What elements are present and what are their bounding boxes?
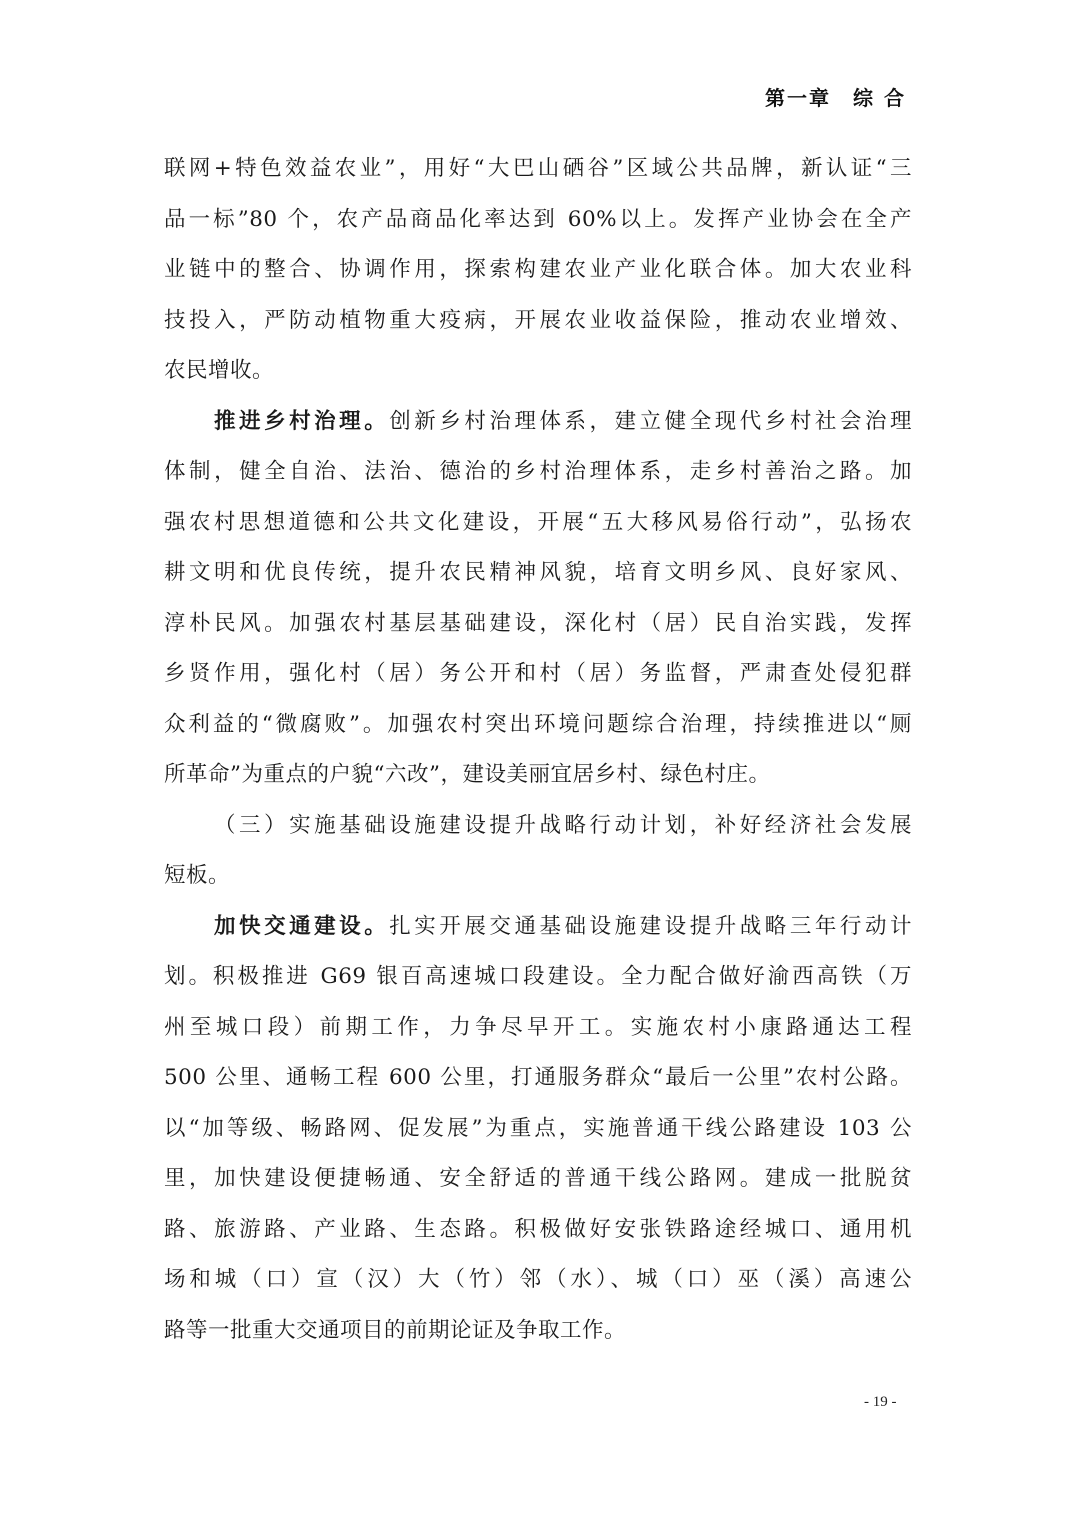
text-line: 推进乡村治理。创新乡村治理体系，建立健全现代乡村社会治理 bbox=[164, 397, 912, 448]
text-line: 业链中的整合、协调作用，探索构建农业产业化联合体。加大农业科 bbox=[164, 245, 912, 296]
text-span: 创新乡村治理体系，建立健全现代乡村社会治理 bbox=[389, 409, 912, 434]
text-line: 农民增收。 bbox=[164, 346, 912, 397]
text-line: 以“加等级、畅路网、促发展”为重点，实施普通干线公路建设 103 公 bbox=[164, 1104, 912, 1155]
page-number: - 19 - bbox=[864, 1394, 897, 1411]
text-line: 加快交通建设。扎实开展交通基础设施建设提升战略三年行动计 bbox=[164, 902, 912, 953]
text-span: 扎实开展交通基础设施建设提升战略三年行动计 bbox=[389, 914, 912, 939]
running-header: 第一章综 合 bbox=[765, 82, 906, 111]
text-line: 技投入，严防动植物重大疫病，开展农业收益保险，推动农业增效、 bbox=[164, 296, 912, 347]
text-line: 里，加快建设便捷畅通、安全舒适的普通干线公路网。建成一批脱贫 bbox=[164, 1154, 912, 1205]
text-line: 众利益的“微腐败”。加强农村突出环境问题综合治理，持续推进以“厕 bbox=[164, 700, 912, 751]
text-line: 场和城（口）宣（汉）大（竹）邻（水）、城（口）巫（溪）高速公 bbox=[164, 1255, 912, 1306]
text-line: 品一标”80 个，农产品商品化率达到 60%以上。发挥产业协会在全产 bbox=[164, 195, 912, 246]
text-line: 联网+特色效益农业”，用好“大巴山硒谷”区域公共品牌，新认证“三 bbox=[164, 144, 912, 195]
text-line: 划。积极推进 G69 银百高速城口段建设。全力配合做好渝西高铁（万 bbox=[164, 952, 912, 1003]
text-line: 淳朴民风。加强农村基层基础建设，深化村（居）民自治实践，发挥 bbox=[164, 599, 912, 650]
text-line: 500 公里、通畅工程 600 公里，打通服务群众“最后一公里”农村公路。 bbox=[164, 1053, 912, 1104]
text-line: 路等一批重大交通项目的前期论证及争取工作。 bbox=[164, 1306, 912, 1357]
paragraph-lead-heading: 推进乡村治理。 bbox=[214, 409, 389, 434]
paragraph-lead-heading: 加快交通建设。 bbox=[214, 914, 389, 939]
paragraph-agriculture: 联网+特色效益农业”，用好“大巴山硒谷”区域公共品牌，新认证“三 品一标”80 … bbox=[164, 144, 912, 397]
text-line: 耕文明和优良传统，提升农民精神风貌，培育文明乡风、良好家风、 bbox=[164, 548, 912, 599]
section-heading-infrastructure: （三）实施基础设施建设提升战略行动计划，补好经济社会发展 短板。 bbox=[164, 801, 912, 902]
text-line: 路、旅游路、产业路、生态路。积极做好安张铁路途经城口、通用机 bbox=[164, 1205, 912, 1256]
document-body: 联网+特色效益农业”，用好“大巴山硒谷”区域公共品牌，新认证“三 品一标”80 … bbox=[164, 144, 912, 1356]
text-line: 强农村思想道德和公共文化建设，开展“五大移风易俗行动”，弘扬农 bbox=[164, 498, 912, 549]
text-line: 体制，健全自治、法治、德治的乡村治理体系，走乡村善治之路。加 bbox=[164, 447, 912, 498]
text-line: 所革命”为重点的户貌“六改”，建设美丽宜居乡村、绿色村庄。 bbox=[164, 750, 912, 801]
text-line: 州至城口段）前期工作，力争尽早开工。实施农村小康路通达工程 bbox=[164, 1003, 912, 1054]
chapter-label: 第一章 bbox=[765, 86, 831, 110]
chapter-title: 综 合 bbox=[853, 86, 906, 110]
paragraph-transport: 加快交通建设。扎实开展交通基础设施建设提升战略三年行动计 划。积极推进 G69 … bbox=[164, 902, 912, 1357]
text-line: 乡贤作用，强化村（居）务公开和村（居）务监督，严肃查处侵犯群 bbox=[164, 649, 912, 700]
text-line: （三）实施基础设施建设提升战略行动计划，补好经济社会发展 bbox=[164, 801, 912, 852]
text-line: 短板。 bbox=[164, 851, 912, 902]
paragraph-rural-governance: 推进乡村治理。创新乡村治理体系，建立健全现代乡村社会治理 体制，健全自治、法治、… bbox=[164, 397, 912, 801]
